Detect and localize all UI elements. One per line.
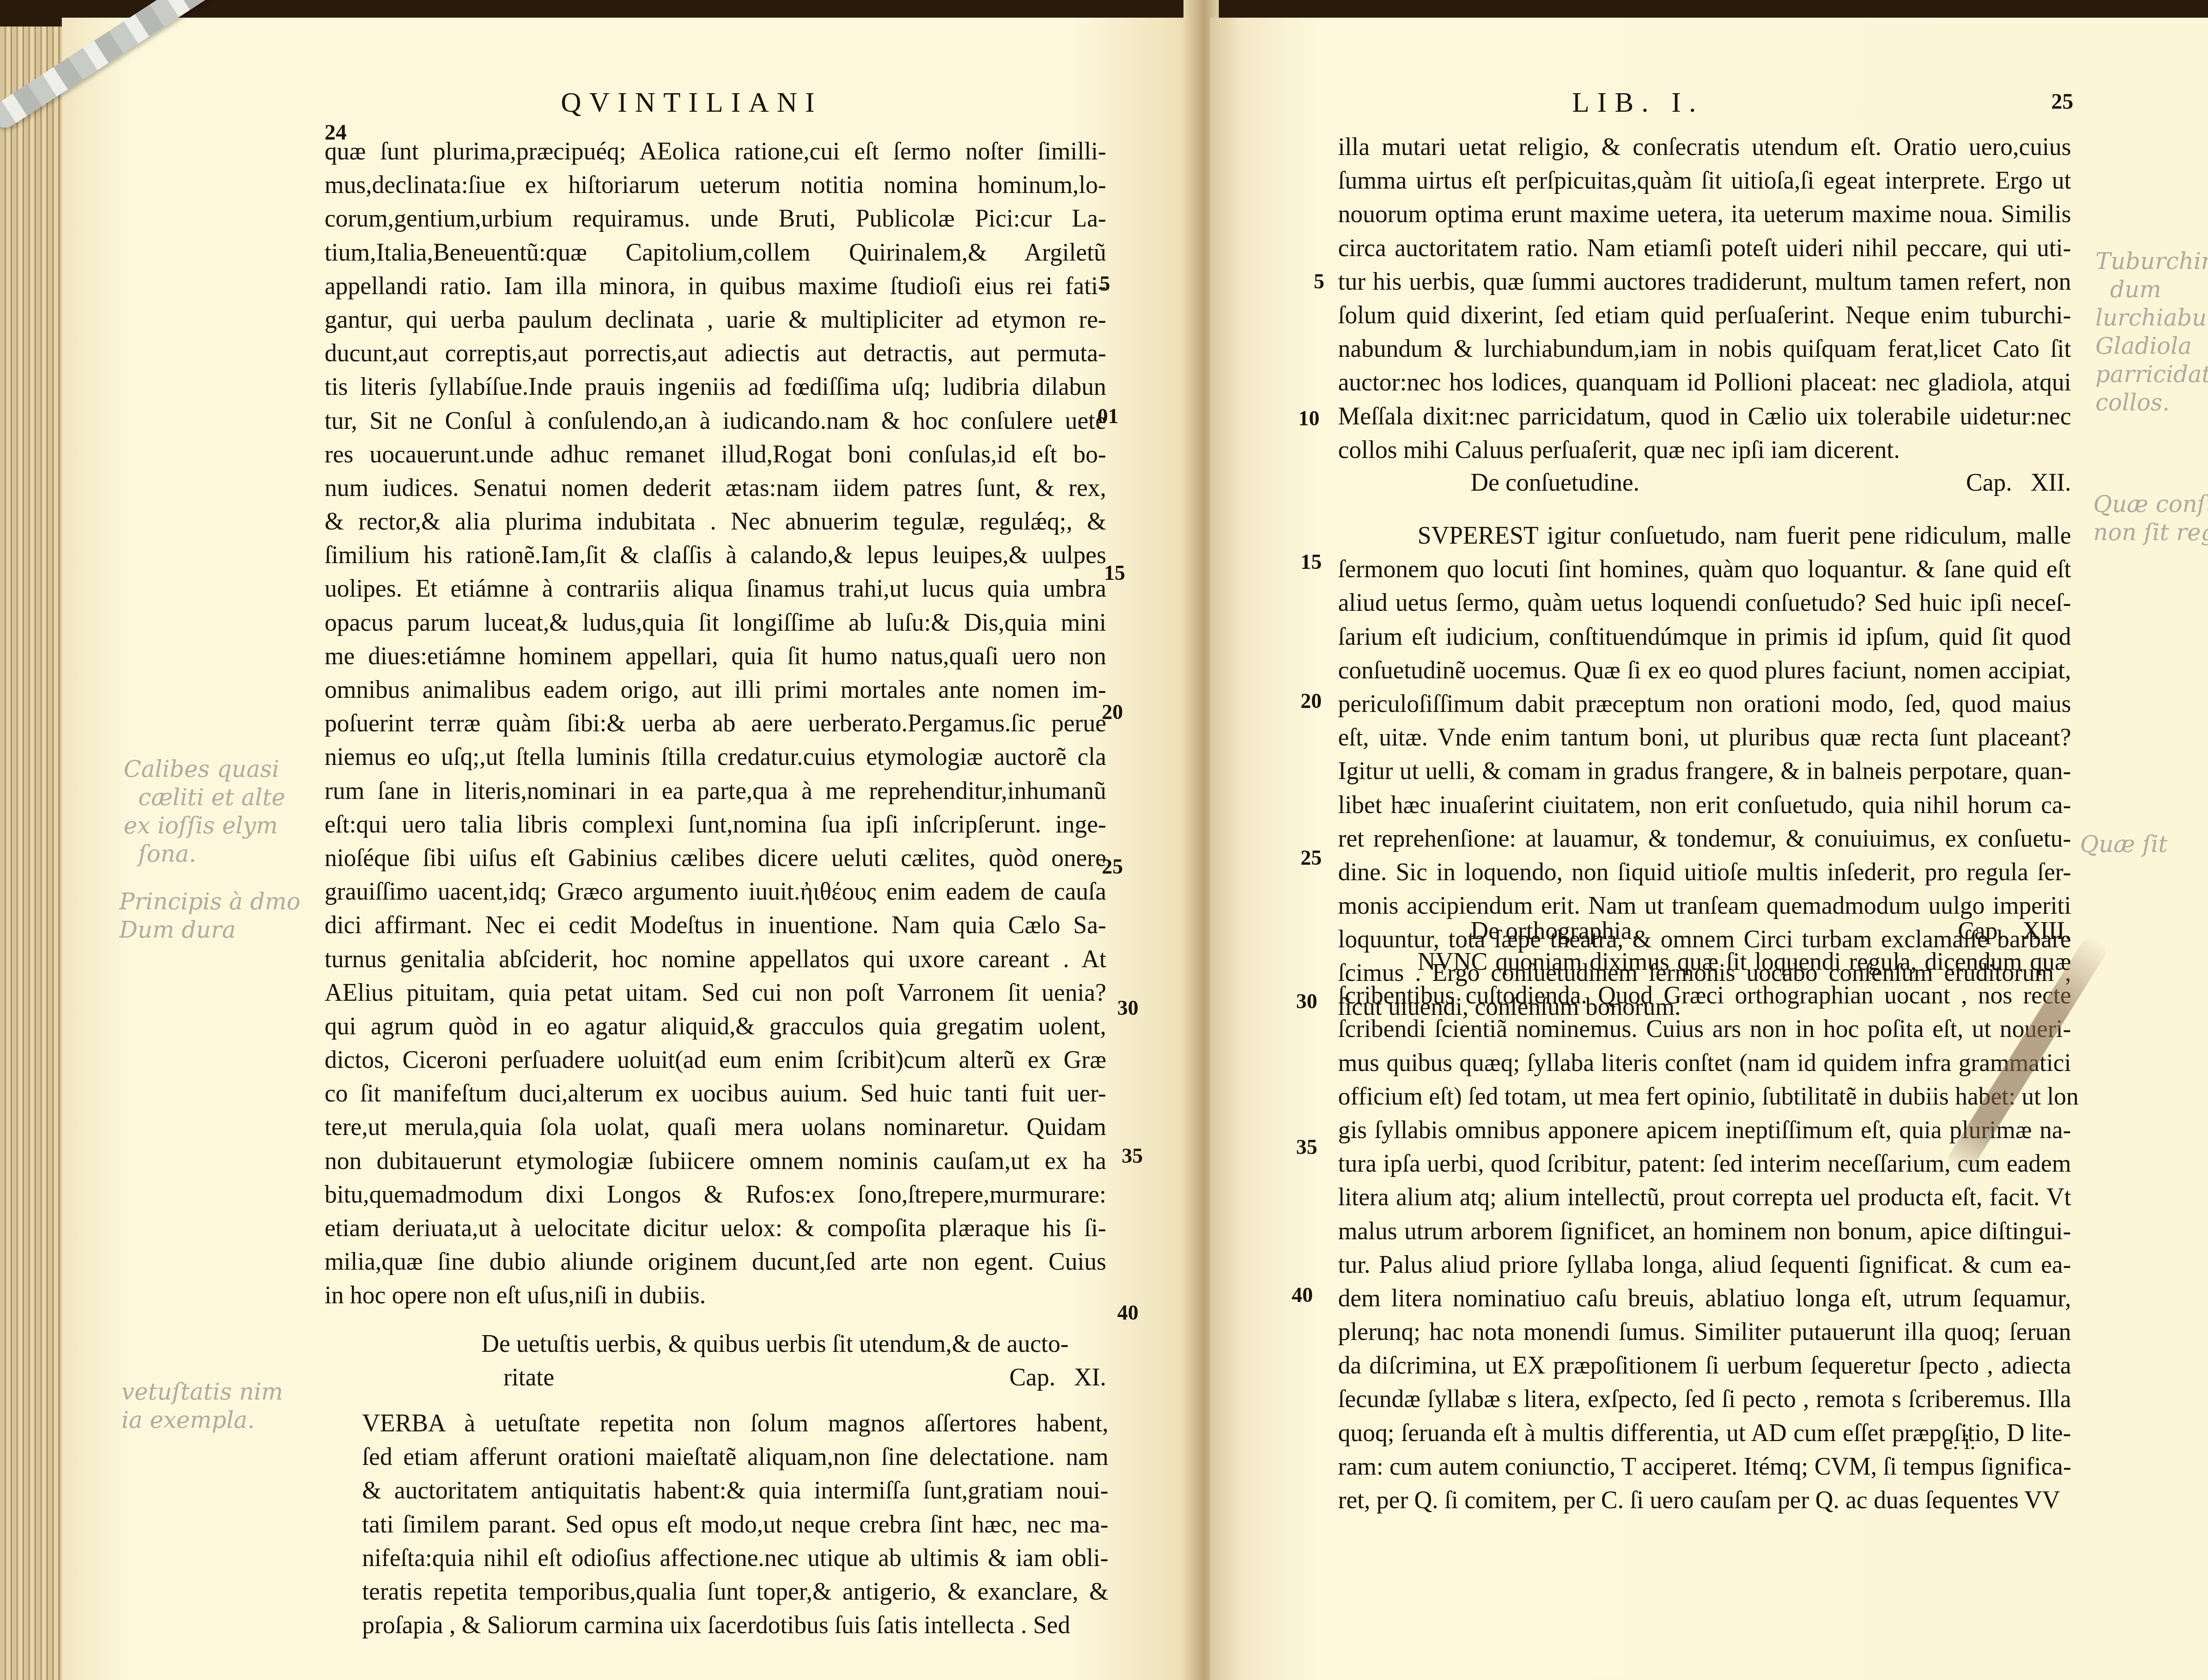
- text-line: tati ſimilem parant. Sed opus eſt modo,u…: [362, 1508, 1108, 1541]
- text-line: turnus genitalia abſciderit, hoc nomine …: [325, 942, 1106, 976]
- text-line: me diues:etiámne hominem appellari, quia…: [325, 639, 1106, 673]
- text-line: eſt:qui uero talia libris complexi ſunt,…: [325, 808, 1106, 841]
- chapter-xi-title-line2: ritate: [503, 1361, 554, 1394]
- text-line: gantur, qui uerba paulum declinata , uar…: [325, 303, 1106, 337]
- text-line: nabundum & lurchiabundum,iam in nobis qu…: [1338, 332, 2071, 366]
- text-line: collos mihi Caluus perſuaſerit, quæ nec …: [1338, 433, 2071, 467]
- left-marginal-note-1: Calibes quasi cæliti et alte ex ioſſis e…: [124, 755, 285, 868]
- text-line: appellandi ratio. Iam illa minora, in qu…: [325, 269, 1106, 303]
- line-number: 40: [1292, 1283, 1313, 1307]
- text-line: qui agrum quòd in eo agatur aliquid,& gr…: [325, 1010, 1106, 1043]
- line-number: 5: [1100, 272, 1110, 296]
- text-line: niemus eo uſq;,ut ſtella luminis ſtilla …: [325, 740, 1106, 774]
- text-line: tur, Sit ne Conſul à conſulendo,an à iud…: [325, 404, 1106, 438]
- line-number: 30: [1296, 989, 1317, 1014]
- text-line: aliud uetus ſermo, quàm uetus loquendi c…: [1338, 586, 2071, 620]
- chapter-xi-cap-number: XI.: [1074, 1364, 1106, 1391]
- text-line: ſcribentibus cuſtodienda. Quod Græci ort…: [1338, 979, 2071, 1012]
- text-line: dictos, Ciceroni perſuadere uoluit(ad eu…: [325, 1043, 1106, 1077]
- text-line: rum ſane in literis,nominari in ea parte…: [325, 774, 1106, 808]
- text-line: mus,declinata:ſiue ex hiſtoriarum ueteru…: [325, 168, 1106, 202]
- text-line: bitu,quemadmodum dixi Longos & Rufos:ex …: [325, 1178, 1106, 1211]
- text-line: poſuerint terræ quàm ſibi:& uerba ab aer…: [325, 707, 1106, 740]
- chapter-xiii-cap-label: Cap.: [1958, 917, 2004, 945]
- text-line: proſapia , & Saliorum carmina uix ſacerd…: [362, 1608, 1108, 1642]
- chapter-xii-heading: De conſuetudine. Cap. XII.: [1338, 466, 2071, 499]
- text-line: uolipes. Et etiámne à contrariis aliqua …: [325, 572, 1106, 605]
- text-line: tium,Italia,Beneuentũ:quæ Capitolium,col…: [325, 236, 1106, 269]
- text-line: da diſcrimina, ut EX præpoſitionem ſi ue…: [1338, 1349, 2071, 1382]
- text-line: ſed etiam afferunt orationi maieſtatẽ al…: [362, 1440, 1108, 1474]
- chapter-xiii-title: De orthographia.: [1471, 914, 1638, 948]
- line-number: 20: [1102, 700, 1123, 724]
- text-line: num iudices. Senatui nomen dederit ætas:…: [325, 471, 1106, 505]
- text-line: milia,quæ ſine dubio aliunde originem du…: [325, 1245, 1106, 1279]
- text-line: dine. Sic in loquendo, non ſiquid uitioſ…: [1338, 855, 2071, 889]
- line-number: 30: [1117, 996, 1138, 1020]
- text-line: ducunt,aut correptis,aut porrectis,aut a…: [325, 337, 1106, 370]
- text-line: & auctoritatem antiquitatis habent:& qui…: [362, 1474, 1108, 1507]
- text-line: eſt, uitæ. Vnde enim tantum boni, ut plu…: [1338, 721, 2071, 754]
- text-line: ſumma uirtus eſt perſpicuitas,quàm ſit u…: [1338, 164, 2071, 197]
- line-number: 20: [1301, 689, 1322, 713]
- chapter-xiii-cap-number: XIII.: [2023, 917, 2071, 945]
- text-line: res uocauerunt.unde adhuc remanet illud,…: [325, 438, 1106, 471]
- signature-mark: e. i.: [1943, 1429, 1976, 1454]
- text-line: circa auctoritatem ratio. Nam etiamſi po…: [1338, 231, 2071, 265]
- chapter-xi-title-line1: De uetuſtis uerbis, & quibus uerbis ſit …: [481, 1327, 1069, 1361]
- text-line: Igitur ut uelli, & comam in gradus frang…: [1338, 754, 2071, 788]
- text-line: omnibus animalibus eadem origo, aut illi…: [325, 673, 1106, 707]
- text-line: illa mutari uetat religio, & conſecratis…: [1338, 130, 2071, 164]
- text-line: ſecundæ ſyllabæ s litera, exſpecto, ſed …: [1338, 1382, 2071, 1416]
- line-number: 01: [1097, 404, 1119, 428]
- text-line: dici affirmant. Nec ei cedit Modeſtus in…: [325, 908, 1106, 942]
- text-line: nioſéque ſibi uiſus eſt Gabinius cælibes…: [325, 841, 1106, 875]
- line-number: 15: [1104, 561, 1125, 585]
- right-main-text: illa mutari uetat religio, & conſecratis…: [1338, 130, 2071, 467]
- chapter-xi-text: VERBA à uetuſtate repetita non ſolum mag…: [362, 1407, 1108, 1642]
- text-line: auctor:nec hos lodices, quanquam id Poll…: [1338, 366, 2071, 399]
- text-line: Meſſala dixit:nec parricidatum, quod in …: [1338, 400, 2071, 433]
- chapter-xi-cap-label: Cap.: [1009, 1364, 1055, 1391]
- text-line: teratis repetita temporibus,qualia ſunt …: [362, 1575, 1108, 1608]
- chapter-xii-cap-number: XII.: [2030, 469, 2071, 496]
- chapter-xiii-heading: De orthographia. Cap. XIII.: [1338, 914, 2071, 948]
- open-book-spread: 24 QVINTILIANI quæ ſunt plurima,præcipué…: [0, 0, 2208, 1680]
- text-line: VERBA à uetuſtate repetita non ſolum mag…: [362, 1407, 1108, 1440]
- text-line: SVPEREST igitur conſuetudo, nam fuerit p…: [1338, 519, 2071, 552]
- line-number: 5: [1314, 269, 1324, 294]
- text-line: plerunq; hac nota monendi ſumus. Similit…: [1338, 1315, 2071, 1349]
- text-line: ſermonem quo locuti ſint homines, quàm q…: [1338, 552, 2071, 586]
- text-line: libet hæc inuaſerint ciuitatem, non erit…: [1338, 788, 2071, 822]
- text-line: conſuetudinẽ uocemus. Quæ ſi ex eo quod …: [1338, 654, 2071, 687]
- text-line: nouorum optima erunt maxime uetera, ita …: [1338, 197, 2071, 231]
- text-line: tis literis ſyllabíſue.Inde prauis ingen…: [325, 370, 1106, 404]
- chapter-xii-title: De conſuetudine.: [1471, 466, 1640, 499]
- line-number: 10: [1298, 406, 1320, 431]
- text-line: NVNC quoniam diximus quæ ſit loquendi re…: [1338, 945, 2071, 979]
- text-line: litera alium atq; alium intellectũ, prou…: [1338, 1181, 2071, 1214]
- text-line: in hoc opere non eſt uſus,niſi in dubiis…: [325, 1279, 1106, 1312]
- text-line: officium eſt) ſed totam, ut mea fert opi…: [1338, 1080, 2071, 1113]
- line-number: 35: [1296, 1135, 1317, 1159]
- chapter-xii-cap-label: Cap.: [1966, 469, 2012, 496]
- line-number: 35: [1122, 1144, 1143, 1168]
- text-line: tur his uerbis, quæ ſummi auctores tradi…: [1338, 265, 2071, 299]
- text-line: ret, per Q. ſi comitem, per C. ſi uero c…: [1338, 1483, 2071, 1517]
- right-folio-number: 25: [2051, 88, 2073, 114]
- text-line: quæ ſunt plurima,præcipuéq; AEolica rati…: [325, 135, 1106, 168]
- right-marginal-note-2: Quæ conſuetudo non ſit regula: [2093, 490, 2208, 547]
- text-line: opacus parum luceat,& ludus,quia ſit lon…: [325, 606, 1106, 639]
- text-line: malus utrum arborem ſignificet, an homin…: [1338, 1215, 2071, 1248]
- left-running-head: QVINTILIANI: [561, 86, 823, 119]
- text-line: tere,ut merula,quia ſola uolat, quaſi me…: [325, 1110, 1106, 1144]
- text-line: mus quibus quæq; ſyllaba literis conſtet…: [1338, 1046, 2071, 1080]
- line-number: 40: [1117, 1301, 1138, 1325]
- right-marginal-note-1: Tuburchinabun dum lurchiabundum Gladiola…: [2095, 247, 2208, 417]
- text-line: ret reprehenſione: at lauamur, & tondemu…: [1338, 822, 2071, 855]
- text-line: co ſit manifeſtum duci,alterum ex uocibu…: [325, 1077, 1106, 1110]
- text-line: nifeſta:quia nihil eſt odioſius affectio…: [362, 1541, 1108, 1575]
- text-line: ram: cum autem coniunctio, T acciperet. …: [1338, 1450, 2071, 1483]
- line-number: 25: [1301, 846, 1322, 870]
- line-number: 15: [1301, 550, 1322, 574]
- text-line: dem litera nominatiuo caſu breuis, ablat…: [1338, 1282, 2071, 1315]
- left-marginal-note-3: vetuſtatis nim ia exempla.: [121, 1378, 283, 1434]
- left-main-text: quæ ſunt plurima,præcipuéq; AEolica rati…: [325, 135, 1106, 1313]
- left-marginal-note-2: Principis à dmo Dum dura: [119, 888, 300, 944]
- text-line: grauiſſimo uacent,idq; Græco argumento i…: [325, 875, 1106, 908]
- text-line: periculoſiſſimum dabit præceptum non ora…: [1338, 687, 2071, 721]
- right-marginal-note-3: Quæ ſit: [2080, 830, 2167, 859]
- right-running-head: LIB. I.: [1572, 86, 1704, 119]
- text-line: ſolum quid dixerint, ſed etiam quid perſ…: [1338, 299, 2071, 332]
- text-line: ſimilium his rationẽ.Iam,ſit & claſſis à…: [325, 538, 1106, 572]
- text-line: tur. Palus aliud priore ſyllaba longa, a…: [1338, 1248, 2071, 1282]
- text-line: etiam deriuata,ut à uelocitate dicitur u…: [325, 1211, 1106, 1245]
- text-line: ſarium eſt iudicium, conſtituendúmque in…: [1338, 620, 2071, 654]
- text-line: non dubitauerunt etymologiæ ſubiicere om…: [325, 1144, 1106, 1178]
- text-line: & rector,& alia plurima indubitata . Nec…: [325, 505, 1106, 538]
- text-line: ſcribendi ſcientiã nominemus. Cuius ars …: [1338, 1012, 2071, 1046]
- text-line: AElius pituitam, quia petat uitam. Sed c…: [325, 976, 1106, 1010]
- chapter-xi-heading: De uetuſtis uerbis, & quibus uerbis ſit …: [325, 1327, 1106, 1394]
- text-line: corum,gentium,urbium requiramus. unde Br…: [325, 202, 1106, 235]
- line-number: 25: [1102, 855, 1123, 879]
